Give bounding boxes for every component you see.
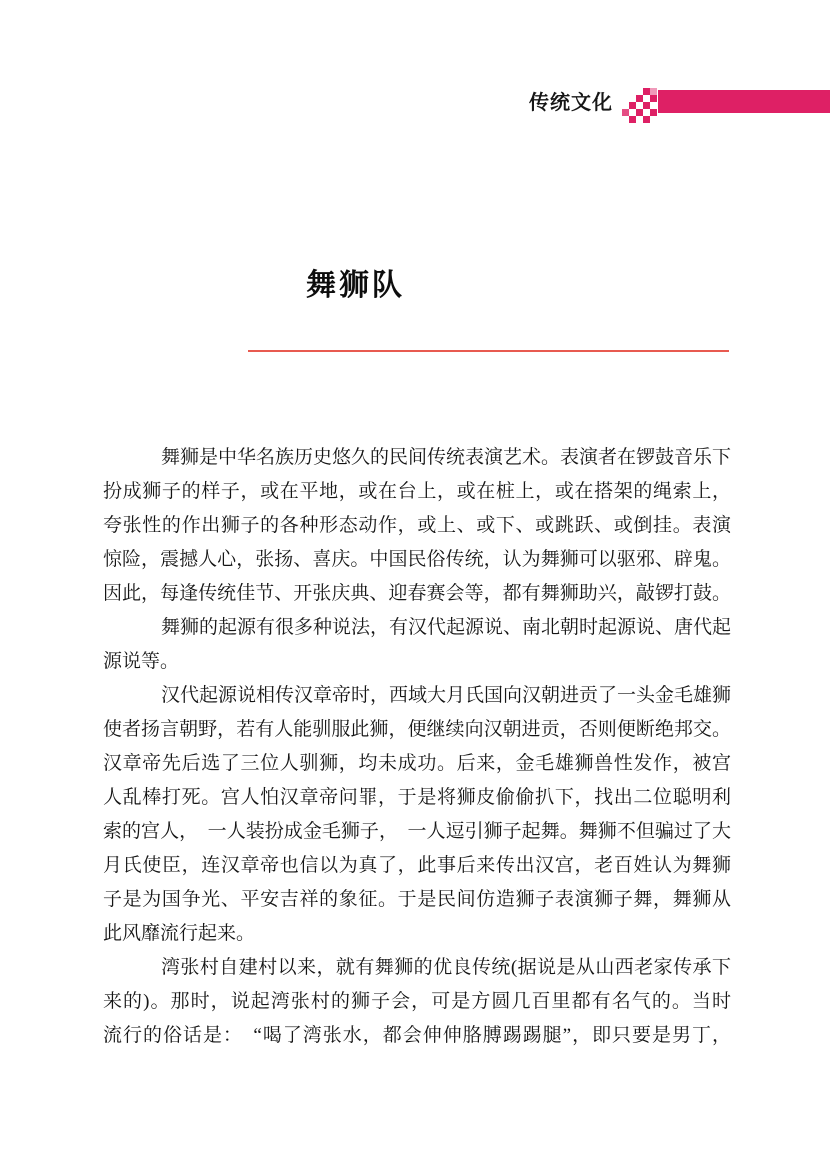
text-line: 使者扬言朝野，若有人能驯服此狮，便继续向汉朝进贡，否则便断绝邦交。	[103, 713, 731, 747]
text-line: 来的)。那时，说起湾张村的狮子会，可是方圆几百里都有名气的。当时	[103, 985, 731, 1019]
page-title: 舞狮队	[306, 268, 405, 304]
header-accent-bar	[658, 90, 830, 113]
text-line: 因此，每逢传统佳节、开张庆典、迎春赛会等，都有舞狮助兴，敲锣打鼓。	[103, 577, 731, 611]
text-line: 月氏使臣，连汉章帝也信以为真了，此事后来传出汉宫，老百姓认为舞狮	[103, 849, 731, 883]
text-line: 汉章帝先后选了三位人驯狮，均未成功。后来，金毛雄狮兽性发作，被宫	[103, 747, 731, 781]
text-line: 流行的俗话是： “喝了湾张水，都会伸伸胳膊踢踢腿”，即只要是男丁，	[103, 1019, 731, 1053]
text-line: 汉代起源说相传汉章帝时，西域大月氏国向汉朝进贡了一头金毛雄狮。	[103, 679, 731, 713]
document-page: 传统文化 舞狮队 舞狮是中华名族历史悠久的民间传统表演艺术。表演者在锣鼓音乐下，…	[0, 0, 830, 1155]
text-line: 此风靡流行起来。	[103, 917, 731, 951]
text-line: 扮成狮子的样子，或在平地，或在台上，或在桩上，或在搭架的绳索上，	[103, 475, 731, 509]
body-text: 舞狮是中华名族历史悠久的民间传统表演艺术。表演者在锣鼓音乐下，扮成狮子的样子，或…	[103, 441, 731, 1053]
text-line: 湾张村自建村以来，就有舞狮的优良传统(据说是从山西老家传承下	[103, 951, 731, 985]
pixel-mosaic-icon	[622, 88, 658, 124]
text-line: 源说等。	[103, 645, 731, 679]
text-line: 惊险，震撼人心，张扬、喜庆。中国民俗传统，认为舞狮可以驱邪、辟鬼。	[103, 543, 731, 577]
text-line: 人乱棒打死。宫人怕汉章帝问罪，于是将狮皮偷偷扒下，找出二位聪明利	[103, 781, 731, 815]
text-line: 舞狮的起源有很多种说法，有汉代起源说、南北朝时起源说、唐代起	[103, 611, 731, 645]
text-line: 索的宫人， 一人装扮成金毛狮子， 一人逗引狮子起舞。舞狮不但骗过了大	[103, 815, 731, 849]
text-line: 子是为国争光、平安吉祥的象征。于是民间仿造狮子表演狮子舞，舞狮从	[103, 883, 731, 917]
header-label: 传统文化	[529, 91, 613, 115]
text-line: 夸张性的作出狮子的各种形态动作，或上、或下、或跳跃、或倒挂。表演	[103, 509, 731, 543]
text-line: 舞狮是中华名族历史悠久的民间传统表演艺术。表演者在锣鼓音乐下，	[103, 441, 731, 475]
title-divider	[248, 350, 729, 352]
